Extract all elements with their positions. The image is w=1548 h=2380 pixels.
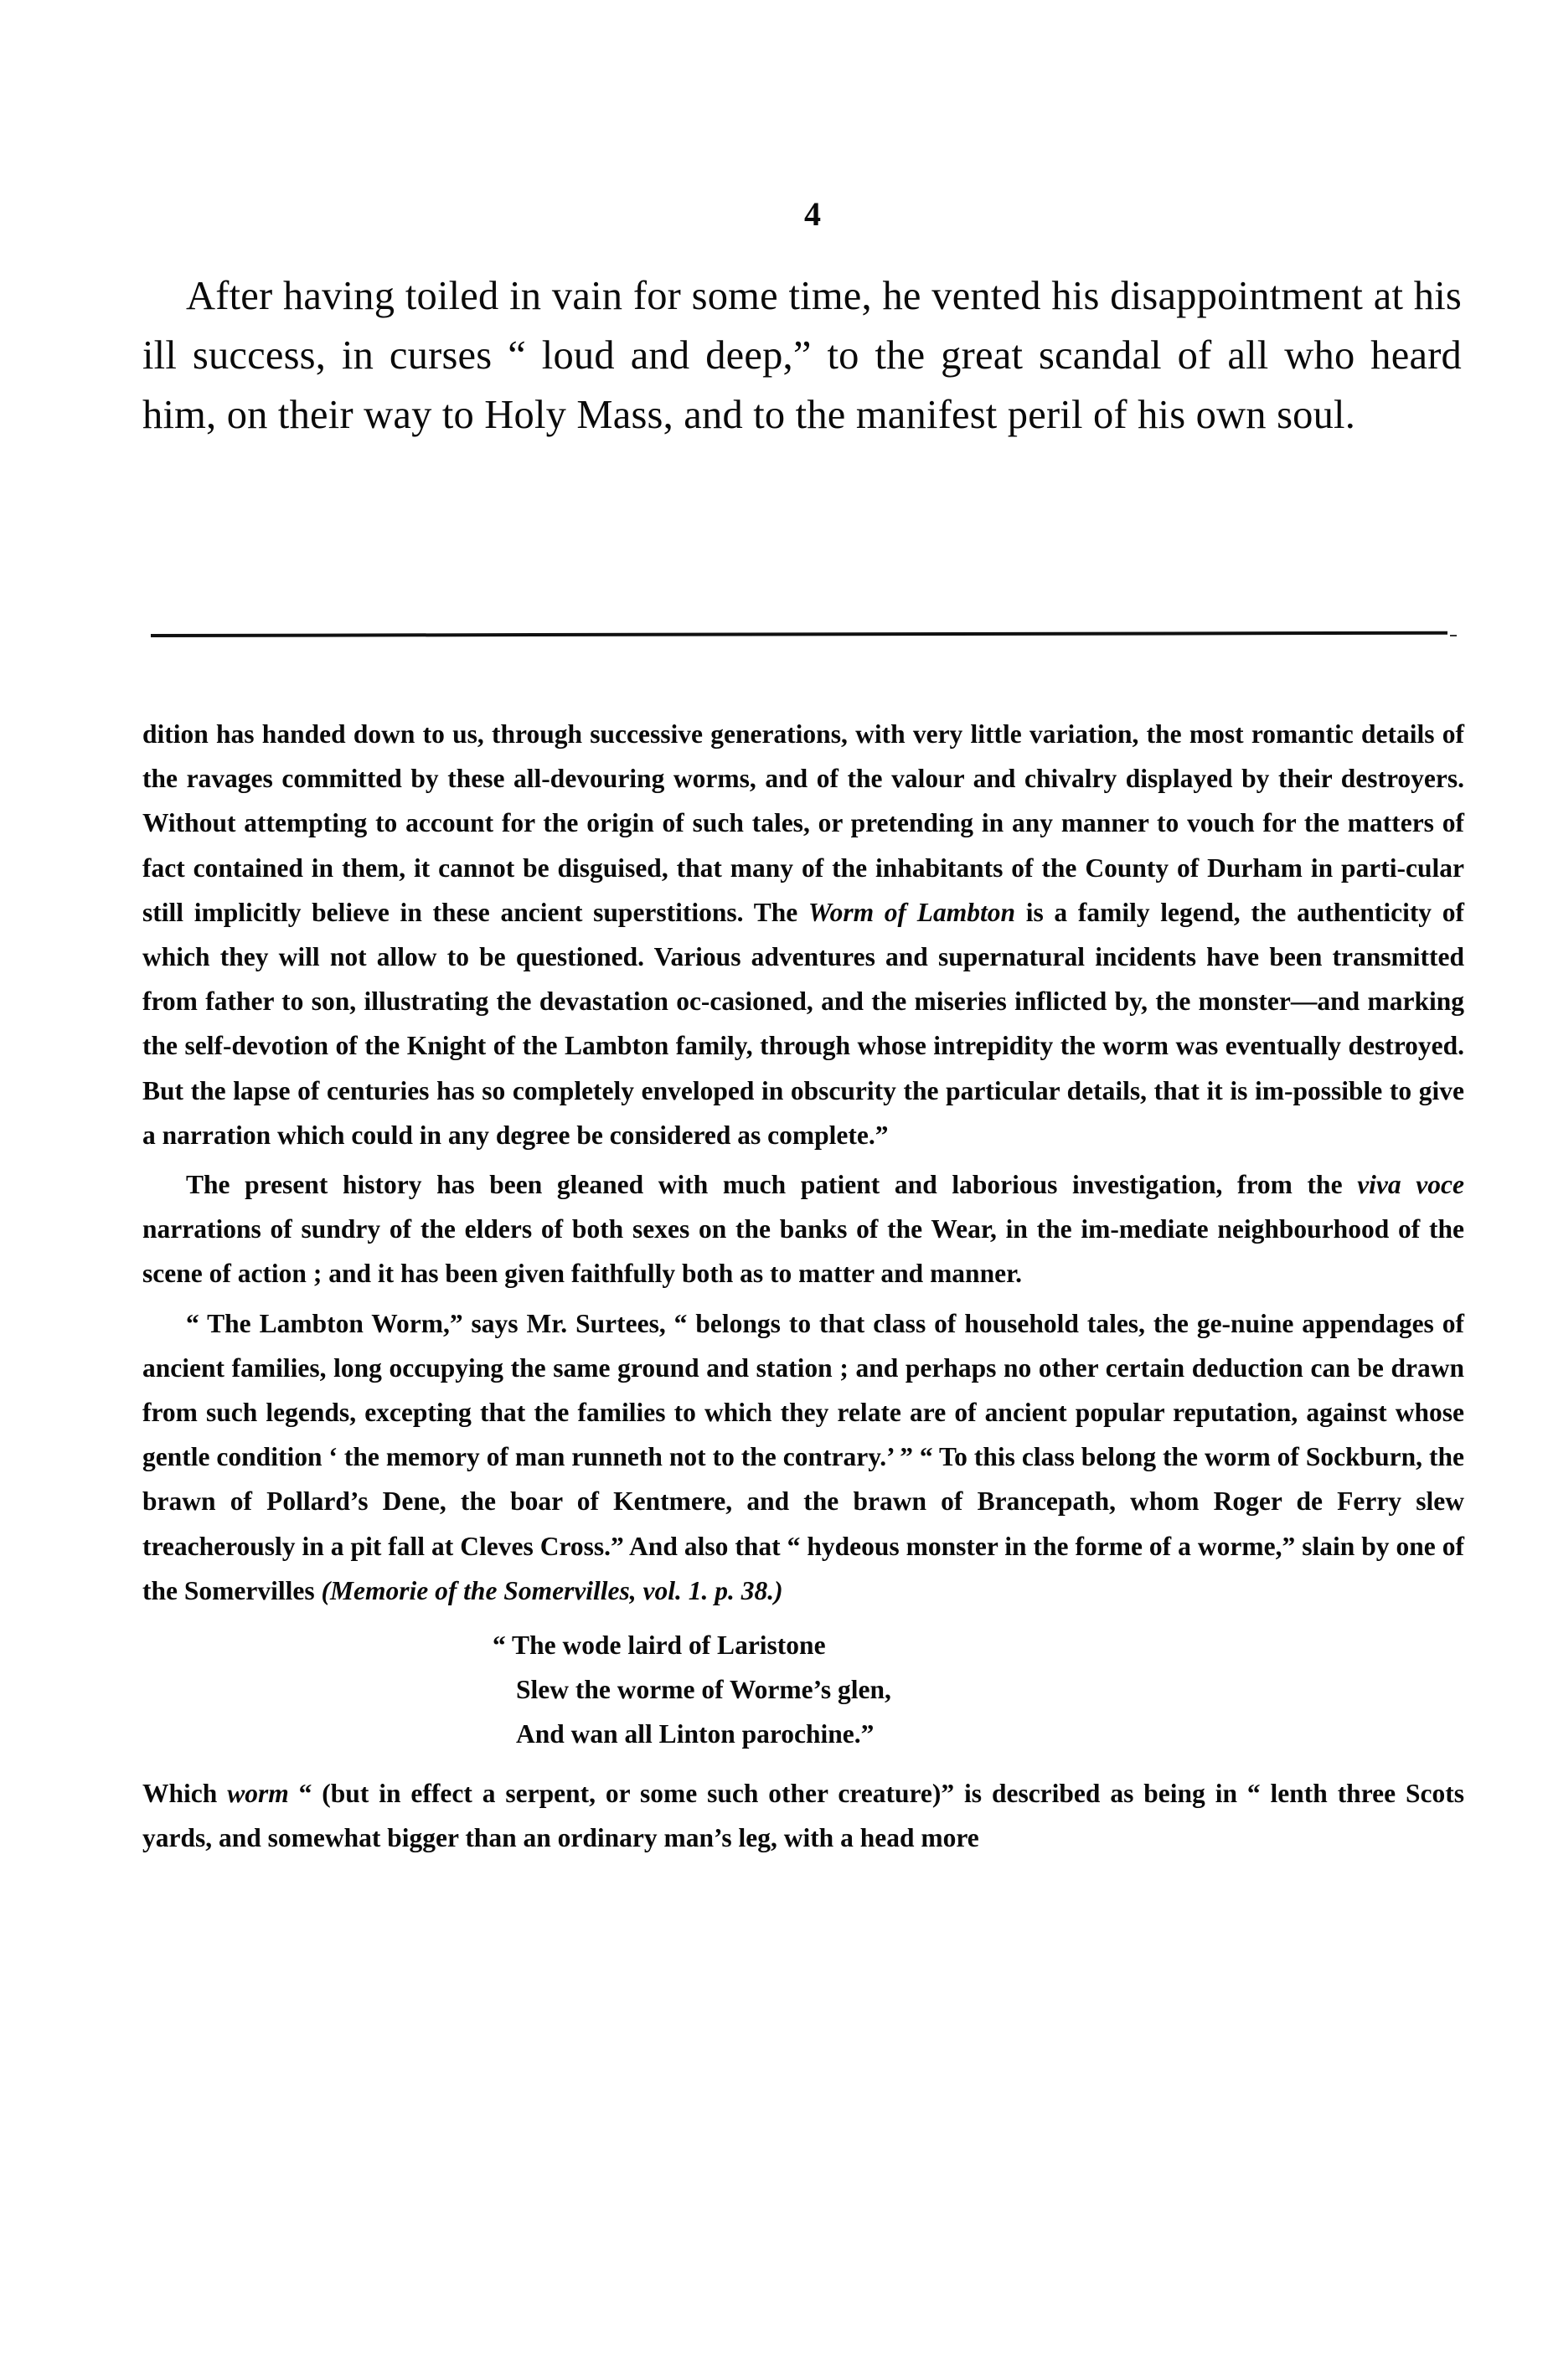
footnote-text: narrations of sundry of the elders of bo… xyxy=(142,1214,1464,1288)
footnote-italic-citation: (Memorie of the Somervilles, vol. 1. p. … xyxy=(321,1576,782,1605)
footnote-text: The present history has been gleaned wit… xyxy=(186,1170,1357,1199)
verse-line: Slew the worme of Worme’s glen, xyxy=(493,1667,1464,1712)
main-body-text: After having toiled in vain for some tim… xyxy=(142,266,1462,445)
verse-quotation: “ The wode laird of Laristone Slew the w… xyxy=(142,1623,1464,1756)
footnote-text: “ The Lambton Worm,” says Mr. Surtees, “… xyxy=(142,1309,1464,1605)
footnote-block: dition has handed down to us, through su… xyxy=(142,712,1464,1860)
footnote-separator-rule-tail xyxy=(1450,635,1457,636)
verse-line: “ The wode laird of Laristone xyxy=(493,1623,1464,1667)
footnote-italic-title: Worm of Lambton xyxy=(808,898,1015,927)
footnote-paragraph-surtees: “ The Lambton Worm,” says Mr. Surtees, “… xyxy=(142,1301,1464,1613)
footnote-text: is a family legend, the authenticity of … xyxy=(142,898,1464,1150)
footnote-italic-phrase: viva voce xyxy=(1357,1170,1464,1199)
footnote-paragraph-worm: Which worm “ (but in effect a serpent, o… xyxy=(142,1771,1464,1860)
footnote-text: dition has handed down to us, through su… xyxy=(142,719,1464,927)
footnote-text: “ (but in effect a serpent, or some such… xyxy=(142,1779,1464,1852)
footnote-text: Which xyxy=(142,1779,227,1808)
footnote-separator-rule xyxy=(151,631,1447,637)
footnote-italic-word: worm xyxy=(227,1779,289,1808)
footnote-paragraph-continuation: dition has handed down to us, through su… xyxy=(142,712,1464,1157)
footnote-paragraph-history: The present history has been gleaned wit… xyxy=(142,1162,1464,1296)
page-number: 4 xyxy=(804,198,821,231)
verse-line: And wan all Linton parochine.” xyxy=(493,1712,1464,1756)
main-paragraph: After having toiled in vain for some tim… xyxy=(142,266,1462,445)
